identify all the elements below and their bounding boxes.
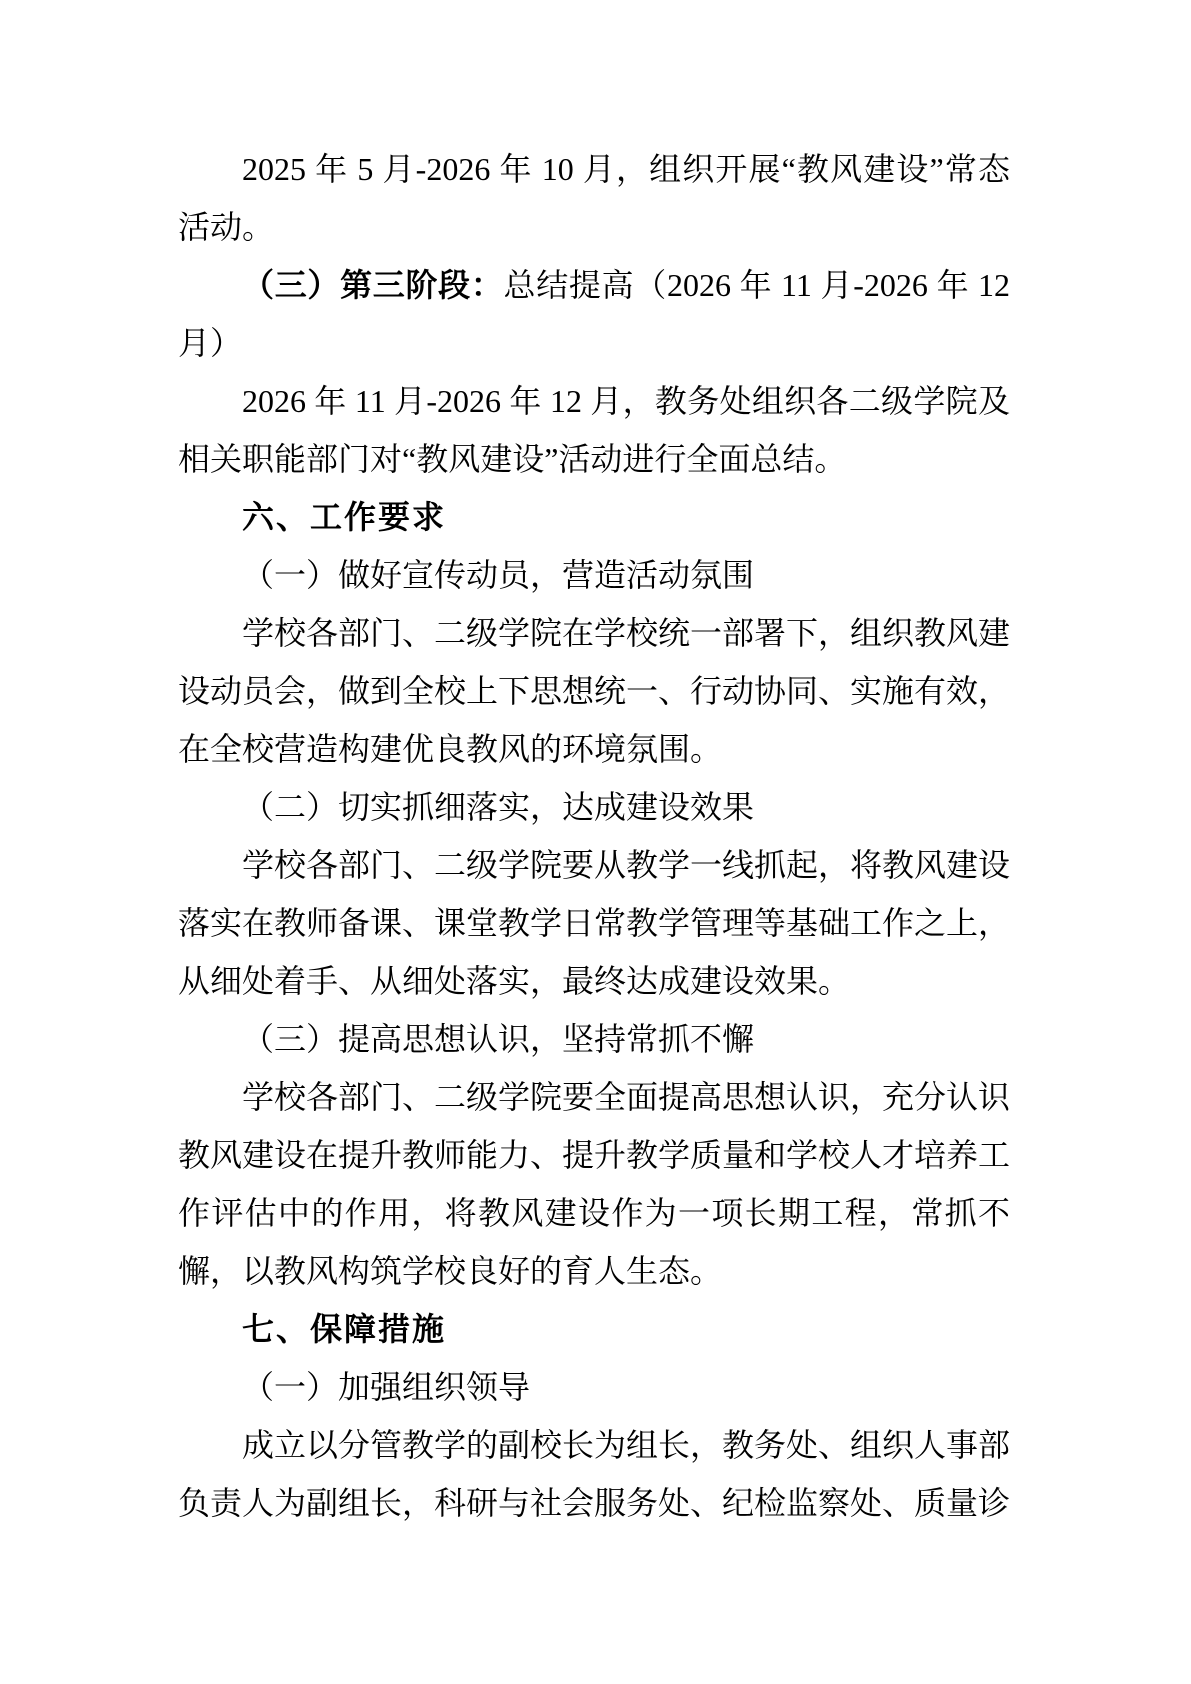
subsection-heading-6-3: （三）提高思想认识，坚持常抓不懈 — [178, 1010, 1010, 1068]
body-paragraph: 2026 年 11 月-2026 年 12 月，教务处组织各二级学院及相关职能部… — [178, 372, 1010, 488]
section-heading-7-safeguard-measures: 七、保障措施 — [178, 1300, 1010, 1358]
body-paragraph: 成立以分管教学的副校长为组长，教务处、组织人事部负责人为副组长，科研与社会服务处… — [178, 1416, 1010, 1532]
stage-3-label: （三）第三阶段： — [242, 267, 504, 303]
body-paragraph: 学校各部门、二级学院要全面提高思想认识，充分认识教风建设在提升教师能力、提升教学… — [178, 1068, 1010, 1300]
body-paragraph: 学校各部门、二级学院要从教学一线抓起，将教风建设落实在教师备课、课堂教学日常教学… — [178, 836, 1010, 1010]
body-paragraph: 2025 年 5 月-2026 年 10 月，组织开展“教风建设”常态活动。 — [178, 140, 1010, 256]
subsection-heading-6-1: （一）做好宣传动员，营造活动氛围 — [178, 546, 1010, 604]
section-heading-6-work-requirements: 六、工作要求 — [178, 488, 1010, 546]
subsection-heading-6-2: （二）切实抓细落实，达成建设效果 — [178, 778, 1010, 836]
subsection-heading-7-1: （一）加强组织领导 — [178, 1358, 1010, 1416]
body-paragraph-stage-3: （三）第三阶段：总结提高（2026 年 11 月-2026 年 12 月） — [178, 256, 1010, 372]
document-content: 2025 年 5 月-2026 年 10 月，组织开展“教风建设”常态活动。 （… — [0, 0, 1191, 1532]
body-paragraph: 学校各部门、二级学院在学校统一部署下，组织教风建设动员会，做到全校上下思想统一、… — [178, 604, 1010, 778]
document-page: 2025 年 5 月-2026 年 10 月，组织开展“教风建设”常态活动。 （… — [0, 0, 1191, 1684]
